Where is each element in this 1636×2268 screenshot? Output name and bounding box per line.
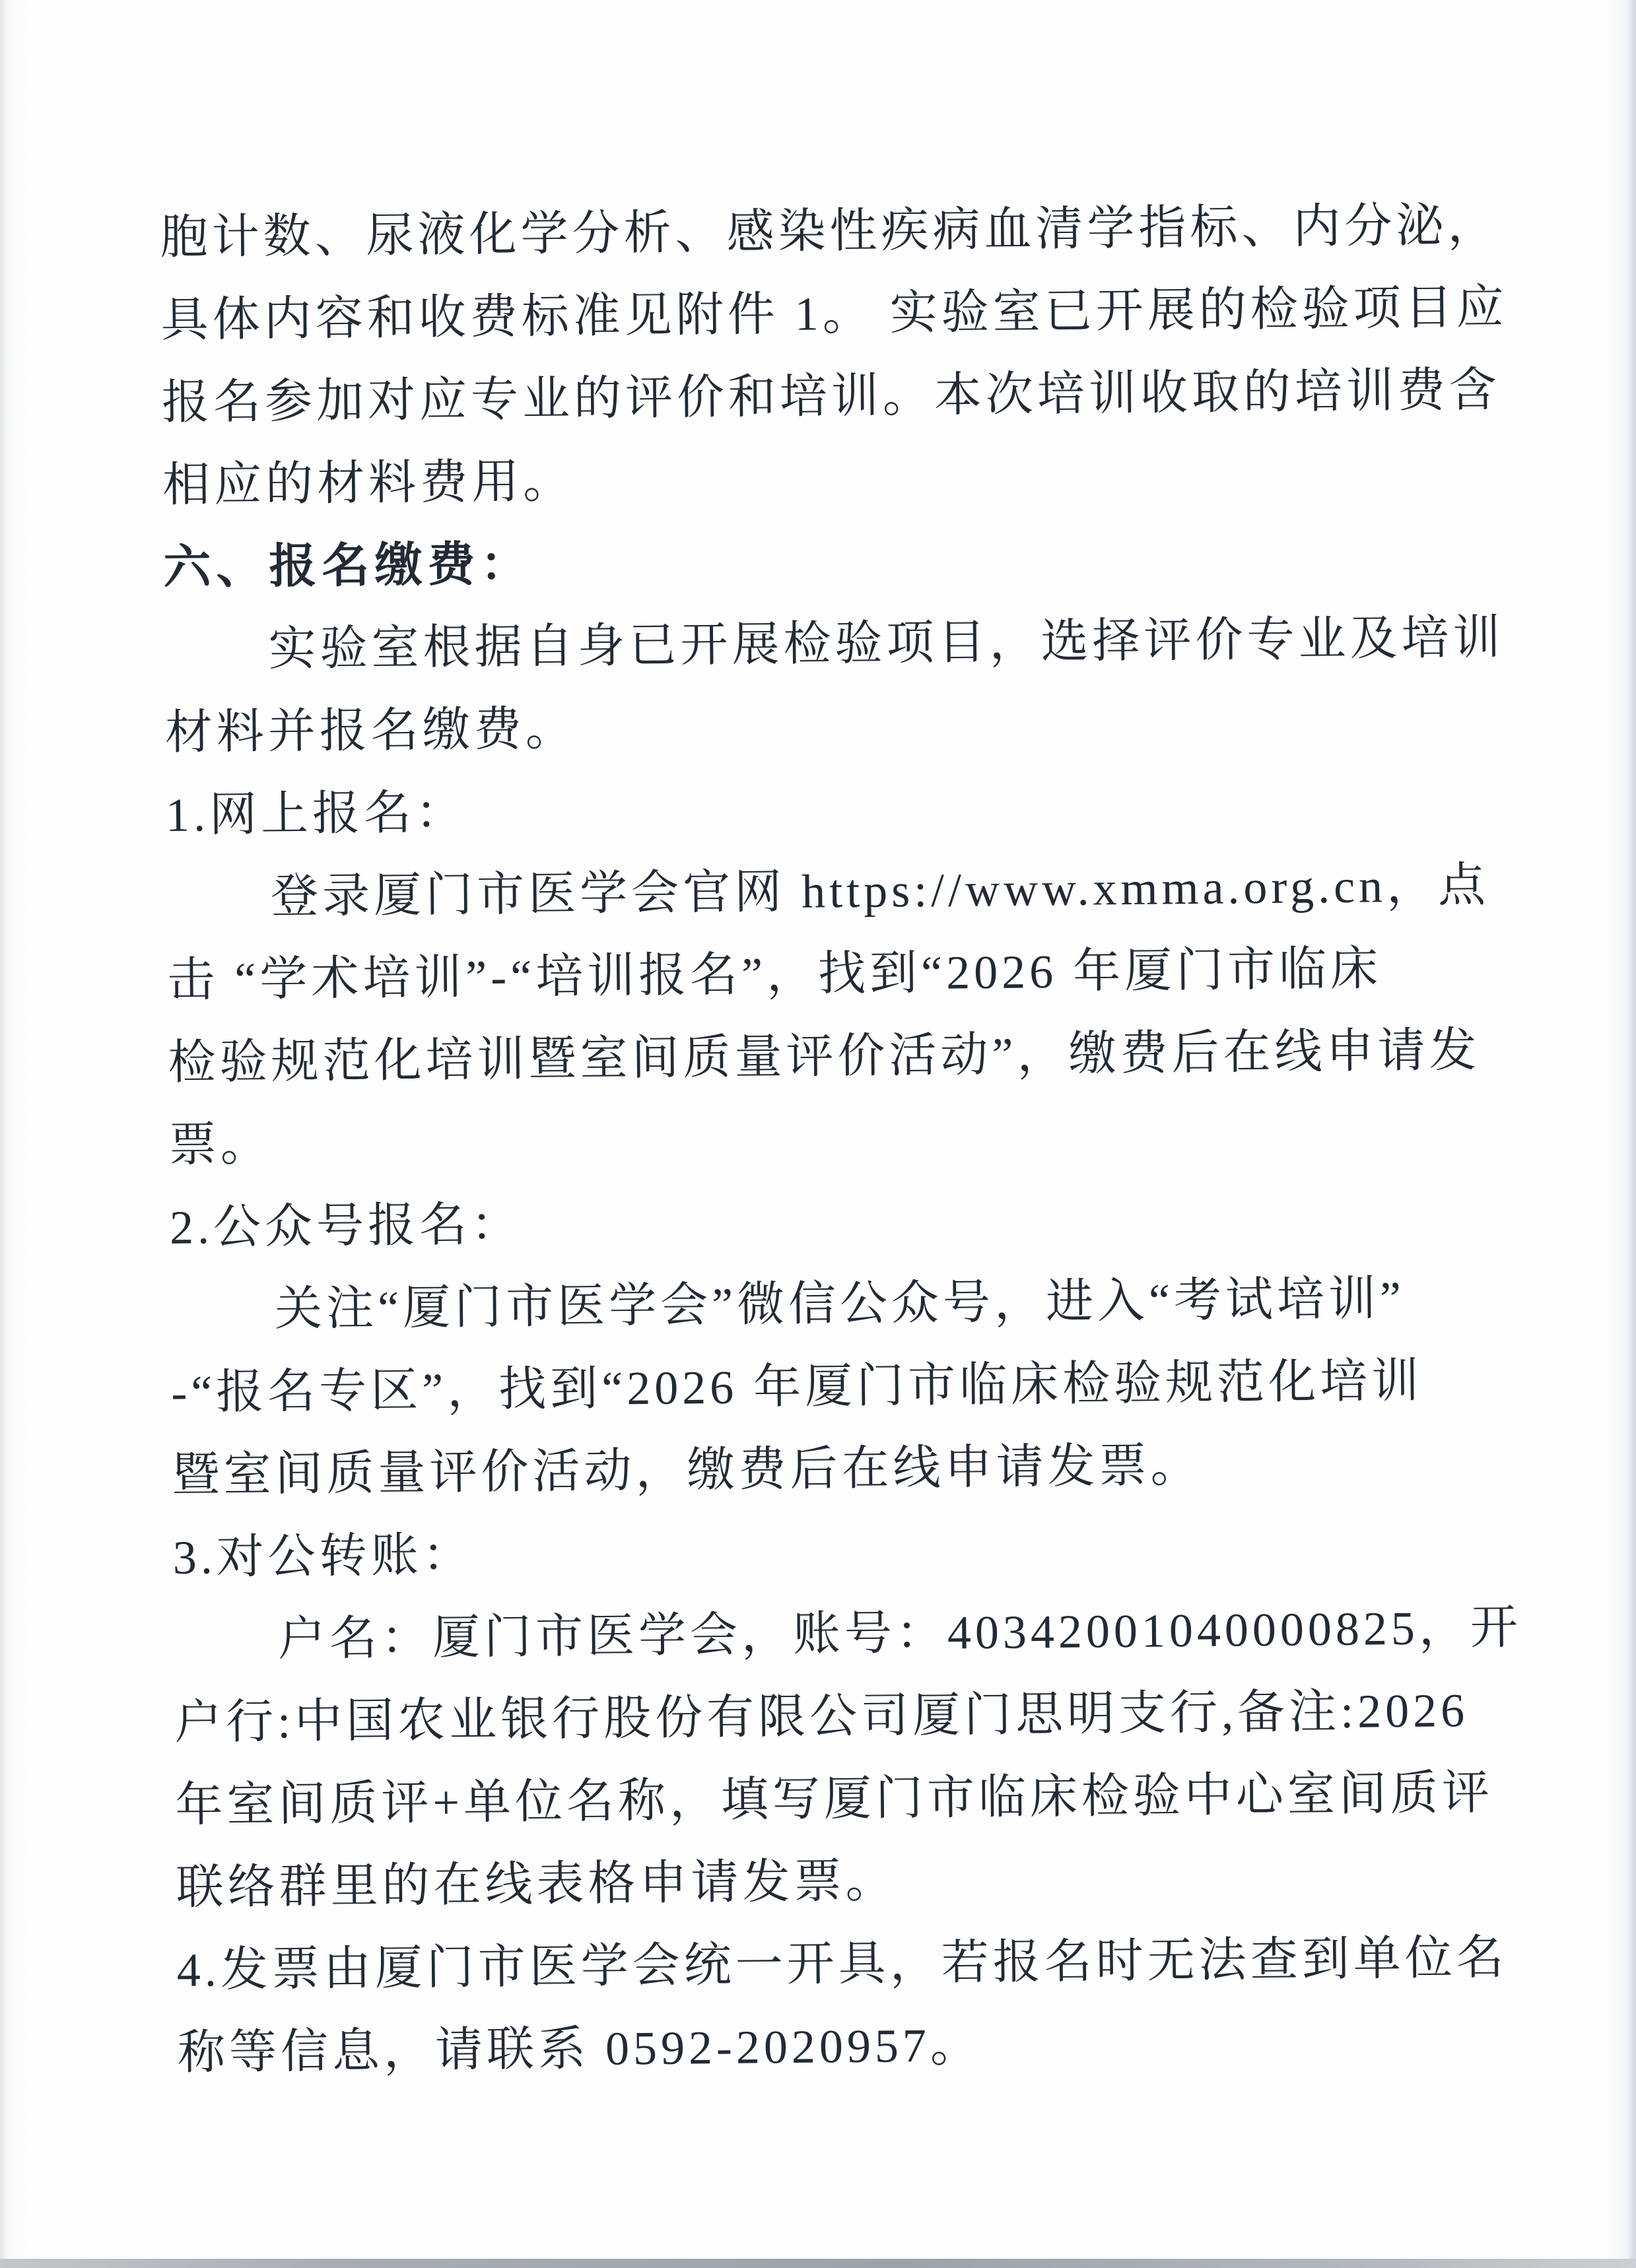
text-line: 登录厦门市医学会官网 https://www.xmma.org.cn，点 — [166, 844, 1527, 939]
text-line: 材料并报名缴费。 — [164, 679, 1525, 774]
text-line: 关注“厦门市医学会”微信公众号，进入“考试培训” — [170, 1256, 1531, 1352]
scanned-document-page: 胞计数、尿液化学分析、感染性疾病血清学指标、内分泌，具体内容和收费标准见附件 1… — [0, 0, 1636, 2268]
text-line: -“报名专区”，找到“2026 年厦门市临床检验规范化培训 — [171, 1339, 1532, 1434]
scan-edge-right — [1627, 0, 1636, 2268]
text-line: 3.对公转账： — [172, 1504, 1533, 1599]
text-line: 实验室根据自身已开展检验项目，选择评价专业及培训 — [164, 596, 1524, 692]
text-line: 4.发票由厦门市医学会统一开具，若报名时无法查到单位名 — [176, 1916, 1537, 2012]
text-line: 户行:中国农业银行股份有限公司厦门思明支行,备注:2026 — [174, 1669, 1535, 1764]
text-line: 户名：厦门市医学会，账号：40342001040000825，开 — [173, 1586, 1534, 1682]
text-line: 票。 — [168, 1091, 1529, 1187]
text-line: 六、报名缴费： — [163, 514, 1524, 609]
text-line: 联络群里的在线表格申请发票。 — [176, 1834, 1536, 1929]
text-line: 年室间质评+单位名称，填写厦门市临床检验中心室间质评 — [175, 1751, 1536, 1847]
text-line: 2.公众号报名： — [169, 1174, 1530, 1269]
scanner-bottom-edge — [0, 2259, 1636, 2268]
text-line: 报名参加对应专业的评价和培训。本次培训收取的培训费含 — [161, 349, 1522, 444]
text-line: 具体内容和收费标准见附件 1。 实验室已开展的检验项目应 — [160, 266, 1521, 362]
text-line: 击 “学术培训”-“培训报名”，找到“2026 年厦门市临床 — [167, 926, 1528, 1022]
document-text-block: 胞计数、尿液化学分析、感染性疾病血清学指标、内分泌，具体内容和收费标准见附件 1… — [160, 183, 1538, 2094]
text-line: 称等信息，请联系 0592-2020957。 — [177, 1999, 1538, 2094]
scan-shadow-left — [0, 0, 7, 2268]
text-line: 暨室间质量评价活动，缴费后在线申请发票。 — [172, 1421, 1532, 1517]
text-line: 相应的材料费用。 — [162, 431, 1523, 527]
text-line: 1.网上报名： — [165, 761, 1526, 857]
text-line: 胞计数、尿液化学分析、感染性疾病血清学指标、内分泌， — [160, 183, 1520, 279]
text-line: 检验规范化培训暨室间质量评价活动”，缴费后在线申请发 — [168, 1009, 1528, 1104]
